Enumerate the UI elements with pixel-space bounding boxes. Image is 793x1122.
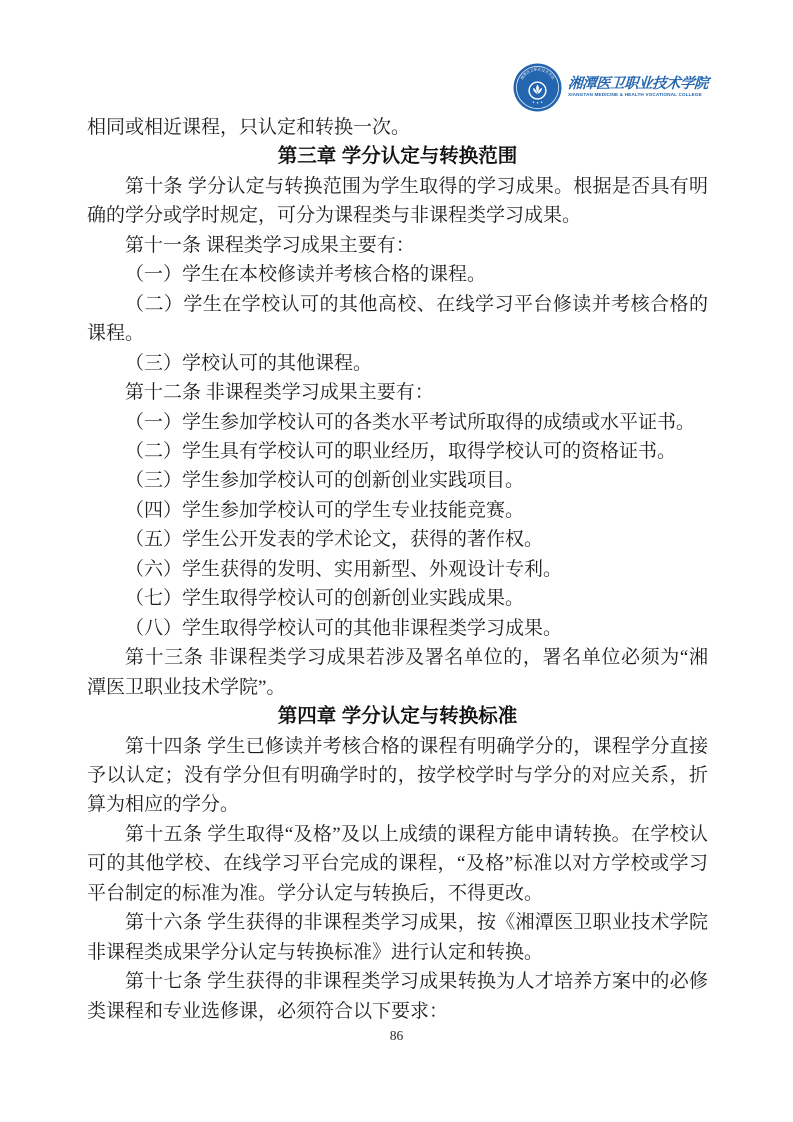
paragraph: （六）学生获得的发明、实用新型、外观设计专利。 [87, 555, 708, 584]
paragraph: 第十一条 课程类学习成果主要有： [87, 231, 708, 260]
paragraph: （八）学生取得学校认可的其他非课程类学习成果。 [87, 614, 708, 643]
paragraph: （四）学生参加学校认可的学生专业技能竞赛。 [87, 496, 708, 525]
paragraph: （二）学生在学校认可的其他高校、在线学习平台修读并考核合格的课程。 [87, 290, 708, 349]
college-seal-icon: 湘潭医卫职业技术学院 [513, 63, 562, 112]
page-header: 湘潭医卫职业技术学院 湘潭医卫职业技术学院 XIANGTAN MEDICINE … [0, 0, 793, 115]
paragraph: （三）学生参加学校认可的创新创业实践项目。 [87, 466, 708, 495]
college-name-en: XIANGTAN MEDICINE & HEALTH VOCATIONAL CO… [568, 93, 702, 98]
paragraph: 第十四条 学生已修读并考核合格的课程有明确学分的，课程学分直接予以认定；没有学分… [87, 732, 708, 820]
paragraph: 相同或相近课程，只认定和转换一次。 [87, 113, 708, 142]
paragraph: 第十六条 学生获得的非课程类学习成果，按《湘潭医卫职业技术学院非课程类成果学分认… [87, 908, 708, 967]
document-body: 相同或相近课程，只认定和转换一次。第三章 学分认定与转换范围第十条 学分认定与转… [87, 113, 708, 1026]
section-heading: 第三章 学分认定与转换范围 [87, 142, 708, 171]
page-number: 86 [390, 1028, 404, 1044]
section-heading: 第四章 学分认定与转换标准 [87, 702, 708, 731]
paragraph: （三）学校认可的其他课程。 [87, 349, 708, 378]
college-name-zh: 湘潭医卫职业技术学院 [567, 75, 740, 93]
paragraph: 第十七条 学生获得的非课程类学习成果转换为人才培养方案中的必修类课程和专业选修课… [87, 967, 708, 1026]
paragraph: 第十条 学分认定与转换范围为学生取得的学习成果。根据是否具有明确的学分或学时规定… [87, 172, 708, 231]
page-footer: 86 [0, 1027, 793, 1045]
paragraph: 第十二条 非课程类学习成果主要有： [87, 378, 708, 407]
college-logo-group: 湘潭医卫职业技术学院 湘潭医卫职业技术学院 XIANGTAN MEDICINE … [513, 63, 740, 112]
paragraph: （五）学生公开发表的学术论文，获得的著作权。 [87, 525, 708, 554]
paragraph: 第十五条 学生取得“及格”及以上成绩的课程方能申请转换。在学校认可的其他学校、在… [87, 820, 708, 908]
document-page: 湘潭医卫职业技术学院 湘潭医卫职业技术学院 XIANGTAN MEDICINE … [0, 0, 793, 1122]
paragraph: （七）学生取得学校认可的创新创业实践成果。 [87, 584, 708, 613]
paragraph: 第十三条 非课程类学习成果若涉及署名单位的，署名单位必须为“湘潭医卫职业技术学院… [87, 643, 708, 702]
paragraph: （一）学生参加学校认可的各类水平考试所取得的成绩或水平证书。 [87, 408, 708, 437]
college-name-block: 湘潭医卫职业技术学院 XIANGTAN MEDICINE & HEALTH VO… [568, 75, 740, 100]
paragraph: （二）学生具有学校认可的职业经历，取得学校认可的资格证书。 [87, 437, 708, 466]
paragraph: （一）学生在本校修读并考核合格的课程。 [87, 260, 708, 289]
